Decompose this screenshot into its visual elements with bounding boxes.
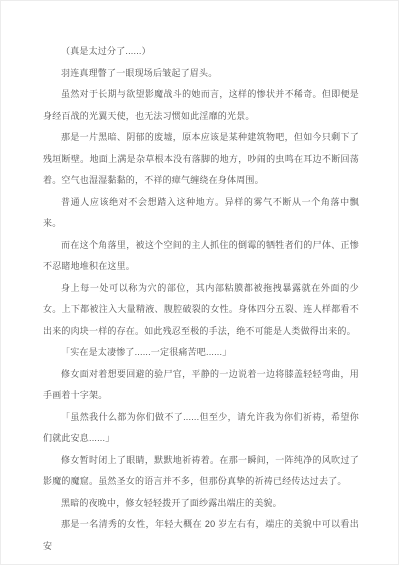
paragraph: 那是一名清秀的女性，年轻大概在 20 岁左右有，端庄的美貌中可以看出安: [43, 514, 359, 557]
paragraph: 修女暂时闭上了眼睛，默默地祈祷着。在那一瞬间，一阵纯净的风吹过了影魔的魔窟。虽然…: [43, 450, 359, 493]
paragraph: 那是一片黑暗、阴郁的废墟，原本应该是某种建筑物吧，但如今只剩下了残垣断壁。地面上…: [43, 127, 359, 192]
paragraph: 羽连真理瞥了一眼现场后皱起了眉头。: [43, 63, 359, 85]
paragraph: 「虽然我什么都为你们做不了......但至少，请允许我为你们祈祷，希望你们就此安…: [43, 407, 359, 450]
reader-page: （真是太过分了......）羽连真理瞥了一眼现场后皱起了眉头。虽然对于长期与欲望…: [0, 0, 399, 565]
paragraph: 黑暗的夜晚中，修女轻轻拨开了面纱露出端庄的美貌。: [43, 493, 359, 515]
paragraph: （真是太过分了......）: [43, 41, 359, 63]
paragraph: 普通人应该绝对不会想踏入这种地方。异样的雾气不断从一个角落中飘来。: [43, 192, 359, 235]
paragraph: 「实在是太凄惨了......一定很痛苦吧......」: [43, 342, 359, 364]
paragraph: 虽然对于长期与欲望影魔战斗的她而言，这样的惨状并不稀奇。但即便是身经百战的光翼天…: [43, 84, 359, 127]
novel-text-content: （真是太过分了......）羽连真理瞥了一眼现场后皱起了眉头。虽然对于长期与欲望…: [43, 41, 359, 557]
paragraph: 身上每一处可以称为穴的部位，其内部粘膜都被拖拽暴露就在外面的少女。上下都被注入大…: [43, 278, 359, 343]
paragraph: 修女面对着想要回避的验尸官，平静的一边说着一边将膝盖轻轻弯曲，用手画着十字架。: [43, 364, 359, 407]
paragraph: 而在这个角落里，被这个空间的主人抓住的倒霉的牺牲者们的尸体、正惨不忍睹地堆积在这…: [43, 235, 359, 278]
